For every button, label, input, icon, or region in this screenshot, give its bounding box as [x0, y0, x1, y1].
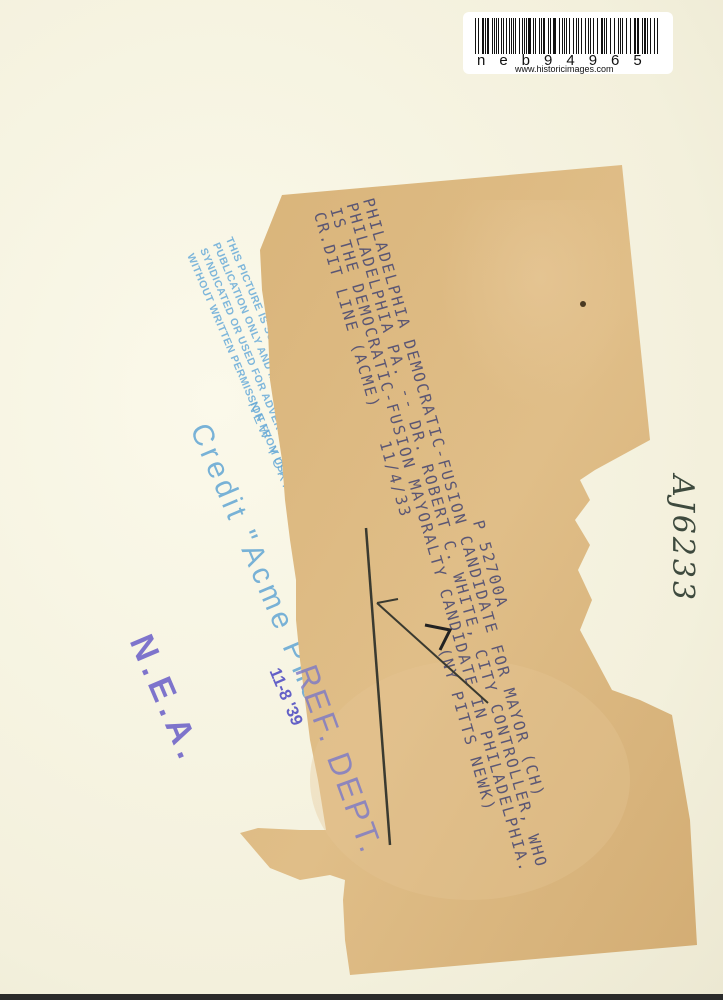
handwritten-id: AJ6233 — [665, 475, 700, 603]
scan-edge — [0, 994, 723, 1000]
pencil-strike-mark — [0, 0, 723, 1000]
